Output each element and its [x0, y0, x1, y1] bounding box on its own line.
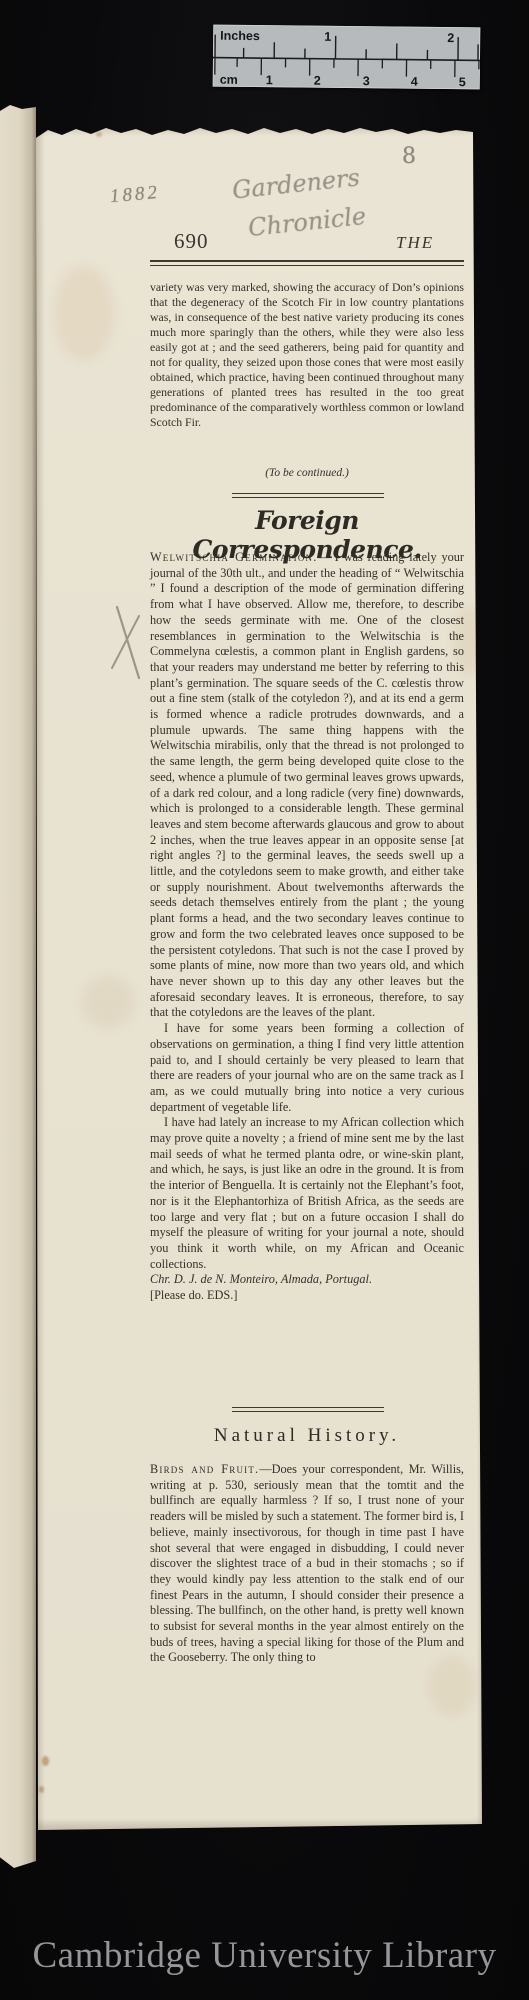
- ruler-inch-number: 1: [324, 30, 331, 44]
- article-paragraph: I have had lately an increase to my Afri…: [150, 1115, 464, 1272]
- ruler-cm-number: 2: [314, 74, 321, 88]
- library-watermark: Cambridge University Library: [0, 1934, 529, 1977]
- correspondent-signature: Chr. D. J. de N. Monteiro, Almada, Portu…: [150, 1272, 464, 1288]
- article-continuation-text: variety was very marked, showing the acc…: [150, 280, 464, 430]
- welwitschia-lead-in: Welwitschia Germination.: [150, 550, 318, 564]
- running-title-fragment: THE: [396, 233, 434, 253]
- foxing-speck: [42, 1756, 49, 1766]
- header-double-rule: [150, 260, 464, 266]
- birds-and-fruit-lead-in: Birds and Fruit.: [150, 1462, 259, 1476]
- page-stain: [54, 266, 114, 361]
- page-stain: [82, 976, 134, 1028]
- ruler-cm-number: 5: [459, 75, 466, 89]
- article-paragraph: Welwitschia Germination.— I was reading …: [150, 550, 464, 1021]
- natural-history-article: Birds and Fruit.—Does your correspondent…: [150, 1462, 464, 1666]
- foreign-correspondence-article: Welwitschia Germination.— I was reading …: [150, 550, 464, 1304]
- natural-history-heading: Natural History.: [150, 1425, 464, 1447]
- measurement-ruler: Inches 1 2 cm 1 2 3 4 5: [213, 25, 481, 90]
- section-divider: [232, 493, 384, 498]
- ruler-cm-number: 4: [411, 75, 418, 89]
- adjacent-page-edge: [0, 104, 36, 1868]
- ruler-cm-number: 3: [363, 74, 370, 88]
- ruler-cm-label: cm: [220, 73, 238, 87]
- pencil-title-annotation-line1: Gardeners: [231, 163, 361, 204]
- ruler-inch-number: 2: [447, 31, 454, 45]
- foxing-speck: [96, 132, 102, 137]
- section-divider: [232, 1407, 384, 1412]
- editors-note: [Please do. EDS.]: [150, 1288, 464, 1304]
- journal-page-scan: 8 1882 Gardeners Chronicle 690 THE varie…: [36, 126, 484, 1830]
- pencil-year-annotation: 1882: [109, 182, 161, 208]
- paragraph-text: —Does your correspondent, Mr. Willis, wr…: [150, 1462, 464, 1664]
- to-be-continued-note: (To be continued.): [150, 467, 464, 479]
- pencil-folio-number: 8: [402, 144, 416, 169]
- ruler-graphic: Inches 1 2 cm 1 2 3 4 5: [213, 25, 481, 90]
- article-paragraph: I have for some years been forming a col…: [150, 1021, 464, 1115]
- ruler-cm-number: 1: [266, 73, 273, 87]
- ruler-inches-label: Inches: [220, 29, 260, 43]
- pencil-title-annotation-line2: Chronicle: [247, 202, 367, 242]
- foxing-speck: [39, 1786, 44, 1793]
- page-number: 690: [174, 229, 209, 254]
- pencil-x-mark: [108, 604, 144, 684]
- paragraph-text: — I was reading lately your journal of t…: [150, 550, 464, 1019]
